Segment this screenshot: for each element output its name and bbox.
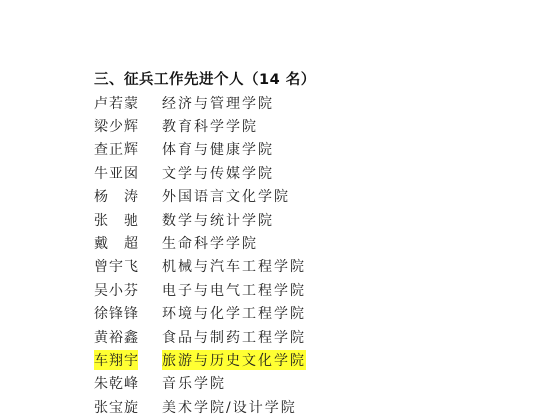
college-name: 机械与汽车工程学院 (162, 256, 306, 276)
list-item: 张 驰 数学与统计学院 (94, 208, 306, 231)
person-name: 黄裕鑫 (94, 327, 138, 347)
person-name: 查正辉 (94, 139, 138, 159)
person-name: 吴小芬 (94, 280, 138, 300)
list-item: 徐锋锋 环境与化学工程学院 (94, 302, 306, 325)
honoree-list: 卢若蒙 经济与管理学院 梁少辉 教育科学学院 查正辉 体育与健康学院 牛亚囡 文… (94, 91, 306, 418)
college-name: 文学与传媒学院 (162, 163, 274, 183)
person-name: 牛亚囡 (94, 163, 138, 183)
college-name: 电子与电气工程学院 (162, 280, 306, 300)
person-name: 曾宇飞 (94, 256, 138, 276)
list-item: 牛亚囡 文学与传媒学院 (94, 161, 306, 184)
college-name-highlighted: 旅游与历史文化学院 (162, 350, 306, 370)
college-name: 经济与管理学院 (162, 93, 274, 113)
section-heading: 三、征兵工作先进个人（14 名） (94, 68, 316, 89)
college-name: 外国语言文化学院 (162, 186, 290, 206)
college-name: 数学与统计学院 (162, 210, 274, 230)
person-name: 徐锋锋 (94, 303, 138, 323)
person-name: 张宝旋 (94, 397, 138, 417)
list-item: 吴小芬 电子与电气工程学院 (94, 278, 306, 301)
list-item: 朱乾峰 音乐学院 (94, 372, 306, 395)
college-name: 环境与化学工程学院 (162, 303, 306, 323)
college-name: 体育与健康学院 (162, 139, 274, 159)
college-name: 音乐学院 (162, 373, 226, 393)
person-name: 梁少辉 (94, 116, 138, 136)
list-item: 查正辉 体育与健康学院 (94, 138, 306, 161)
person-name: 卢若蒙 (94, 93, 138, 113)
list-item: 杨 涛 外国语言文化学院 (94, 185, 306, 208)
list-item-highlighted: 车翔宇 旅游与历史文化学院 (94, 348, 306, 371)
college-name: 教育科学学院 (162, 116, 258, 136)
list-item: 梁少辉 教育科学学院 (94, 114, 306, 137)
list-item: 黄裕鑫 食品与制药工程学院 (94, 325, 306, 348)
person-name: 张 驰 (94, 210, 138, 230)
document-page: 三、征兵工作先进个人（14 名） 卢若蒙 经济与管理学院 梁少辉 教育科学学院 … (0, 0, 554, 420)
college-name: 美术学院/设计学院 (162, 397, 297, 417)
college-name: 生命科学学院 (162, 233, 258, 253)
college-name: 食品与制药工程学院 (162, 327, 306, 347)
person-name: 杨 涛 (94, 186, 138, 206)
person-name: 戴 超 (94, 233, 138, 253)
list-item: 卢若蒙 经济与管理学院 (94, 91, 306, 114)
list-item: 曾宇飞 机械与汽车工程学院 (94, 255, 306, 278)
list-item: 戴 超 生命科学学院 (94, 231, 306, 254)
person-name: 朱乾峰 (94, 373, 138, 393)
person-name-highlighted: 车翔宇 (94, 350, 138, 370)
list-item: 张宝旋 美术学院/设计学院 (94, 395, 306, 418)
